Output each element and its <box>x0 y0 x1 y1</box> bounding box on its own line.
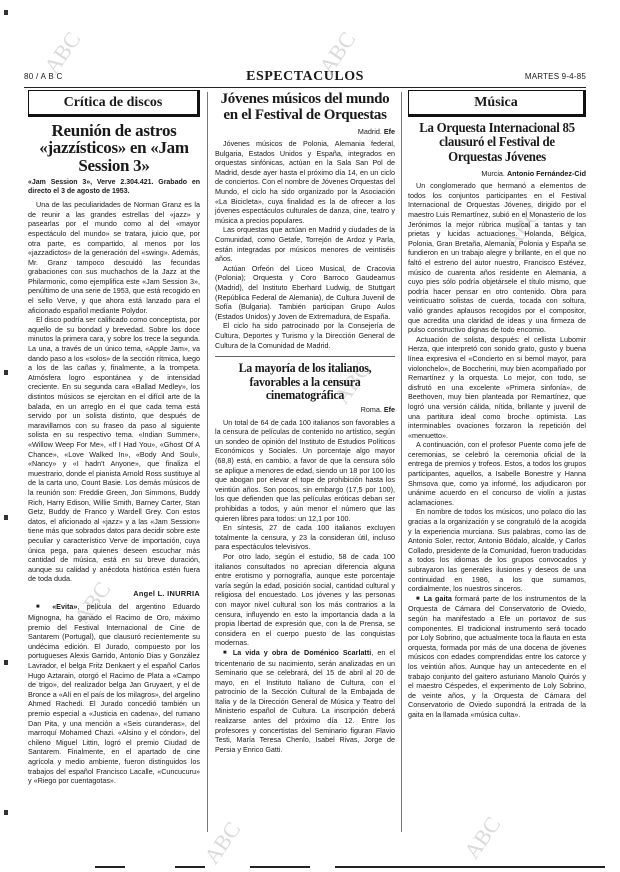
bullet-icon: ■ <box>416 596 421 602</box>
article-paragraph: Jóvenes músicos de Polonia, Alemania fed… <box>215 139 395 225</box>
article-paragraph: Un conglomerado que hermanó a elementos … <box>408 181 586 335</box>
brief-text: formará parte de los instrumentos de la … <box>408 594 586 719</box>
article-lead: «Jam Session 3», Verve 2.304.421. Grabad… <box>28 178 200 196</box>
dateline-place: Roma. <box>361 405 382 414</box>
article-headline: La mayoría de los italianos, favorables … <box>222 361 388 402</box>
dateline-author: Antonio Fernández-Cid <box>507 169 586 178</box>
article-paragraph: El ciclo ha sido patrocinado por la Cons… <box>215 321 395 350</box>
margin-mark <box>4 370 8 375</box>
footer-rule <box>95 866 125 868</box>
dateline: Roma. Efe <box>215 405 395 415</box>
article-paragraph: En síntesis, 27 de cada 100 italianos ex… <box>215 523 395 552</box>
article-paragraph: A continuación, con el profesor Puente c… <box>408 440 586 507</box>
article-separator <box>215 356 395 357</box>
section-title: ESPECTACULOS <box>24 69 586 85</box>
page-header: 80 / A B C ESPECTACULOS MARTES 9-4-85 <box>24 70 586 86</box>
author-signature: Angel L. INURRIA <box>28 589 200 599</box>
article-headline: Jóvenes músicos del mundo en el Festival… <box>215 92 395 124</box>
dateline-place: Madrid. <box>358 127 382 136</box>
bullet-icon: ■ <box>36 604 45 610</box>
dateline-place: Murcia. <box>481 169 505 178</box>
article-headline: Reunión de astros «jazzísticos» en «Jam … <box>28 122 200 176</box>
brief-lead: «Evita» <box>52 602 77 611</box>
dateline-agency: Efe <box>384 127 395 136</box>
column-divider <box>207 92 208 832</box>
margin-mark <box>4 515 8 520</box>
brief-text: , en el tricentenario de su nacimiento, … <box>215 648 395 754</box>
article-paragraph: Por otro lado, según el estudio, 58 de c… <box>215 552 395 648</box>
article-paragraph: Un total de 64 de cada 100 italianos son… <box>215 418 395 524</box>
footer-rule <box>175 866 205 868</box>
column-middle: Jóvenes músicos del mundo en el Festival… <box>215 90 395 754</box>
footer-rule <box>335 866 605 868</box>
article-paragraph: El disco podría ser calificado como conc… <box>28 315 200 584</box>
article-paragraph: Actúan Orfeón del Liceo Musical, de Crac… <box>215 264 395 322</box>
margin-mark <box>4 10 8 15</box>
issue-date: MARTES 9-4-85 <box>525 72 586 81</box>
header-rule <box>24 87 586 88</box>
news-brief: ■ La gaita formará parte de los instrume… <box>408 594 586 720</box>
newspaper-page: ABC ABC ABC ABC ABC ABC ABC 80 / A B C E… <box>0 0 620 872</box>
section-box-critica-de-discos: Crítica de discos <box>28 90 200 117</box>
column-divider <box>401 92 402 832</box>
brief-lead: La vida y obra de Doménico Scarlatti <box>233 648 371 657</box>
news-brief: ■ «Evita», película del argentino Eduard… <box>28 602 200 785</box>
brief-text: , película del argentino Eduardo Mignogn… <box>28 602 200 785</box>
watermark-abc: ABC <box>459 812 506 864</box>
article-paragraph: Las orquestas que actúan en Madrid y ciu… <box>215 225 395 263</box>
column-right: Música La Orquesta Internacional 85 clau… <box>408 90 586 720</box>
article-paragraph: Actuación de solista, después: el cellis… <box>408 335 586 441</box>
footer-rule <box>250 866 310 868</box>
dateline: Madrid. Efe <box>215 127 395 137</box>
section-box-musica: Música <box>408 90 586 117</box>
brief-lead: La gaita <box>424 594 452 603</box>
article-paragraph: En nombre de todos los músicos, uno pola… <box>408 507 586 593</box>
bullet-icon: ■ <box>223 650 229 656</box>
article-paragraph: Una de las peculiaridades de Norman Gran… <box>28 200 200 315</box>
margin-mark <box>4 660 8 665</box>
news-brief: ■ La vida y obra de Doménico Scarlatti, … <box>215 648 395 755</box>
article-headline: La Orquesta Internacional 85 clausuró el… <box>415 122 579 166</box>
dateline: Murcia. Antonio Fernández-Cid <box>408 169 586 179</box>
margin-mark <box>4 810 8 815</box>
dateline-agency: Efe <box>384 405 395 414</box>
column-left: Crítica de discos Reunión de astros «jaz… <box>28 90 200 786</box>
